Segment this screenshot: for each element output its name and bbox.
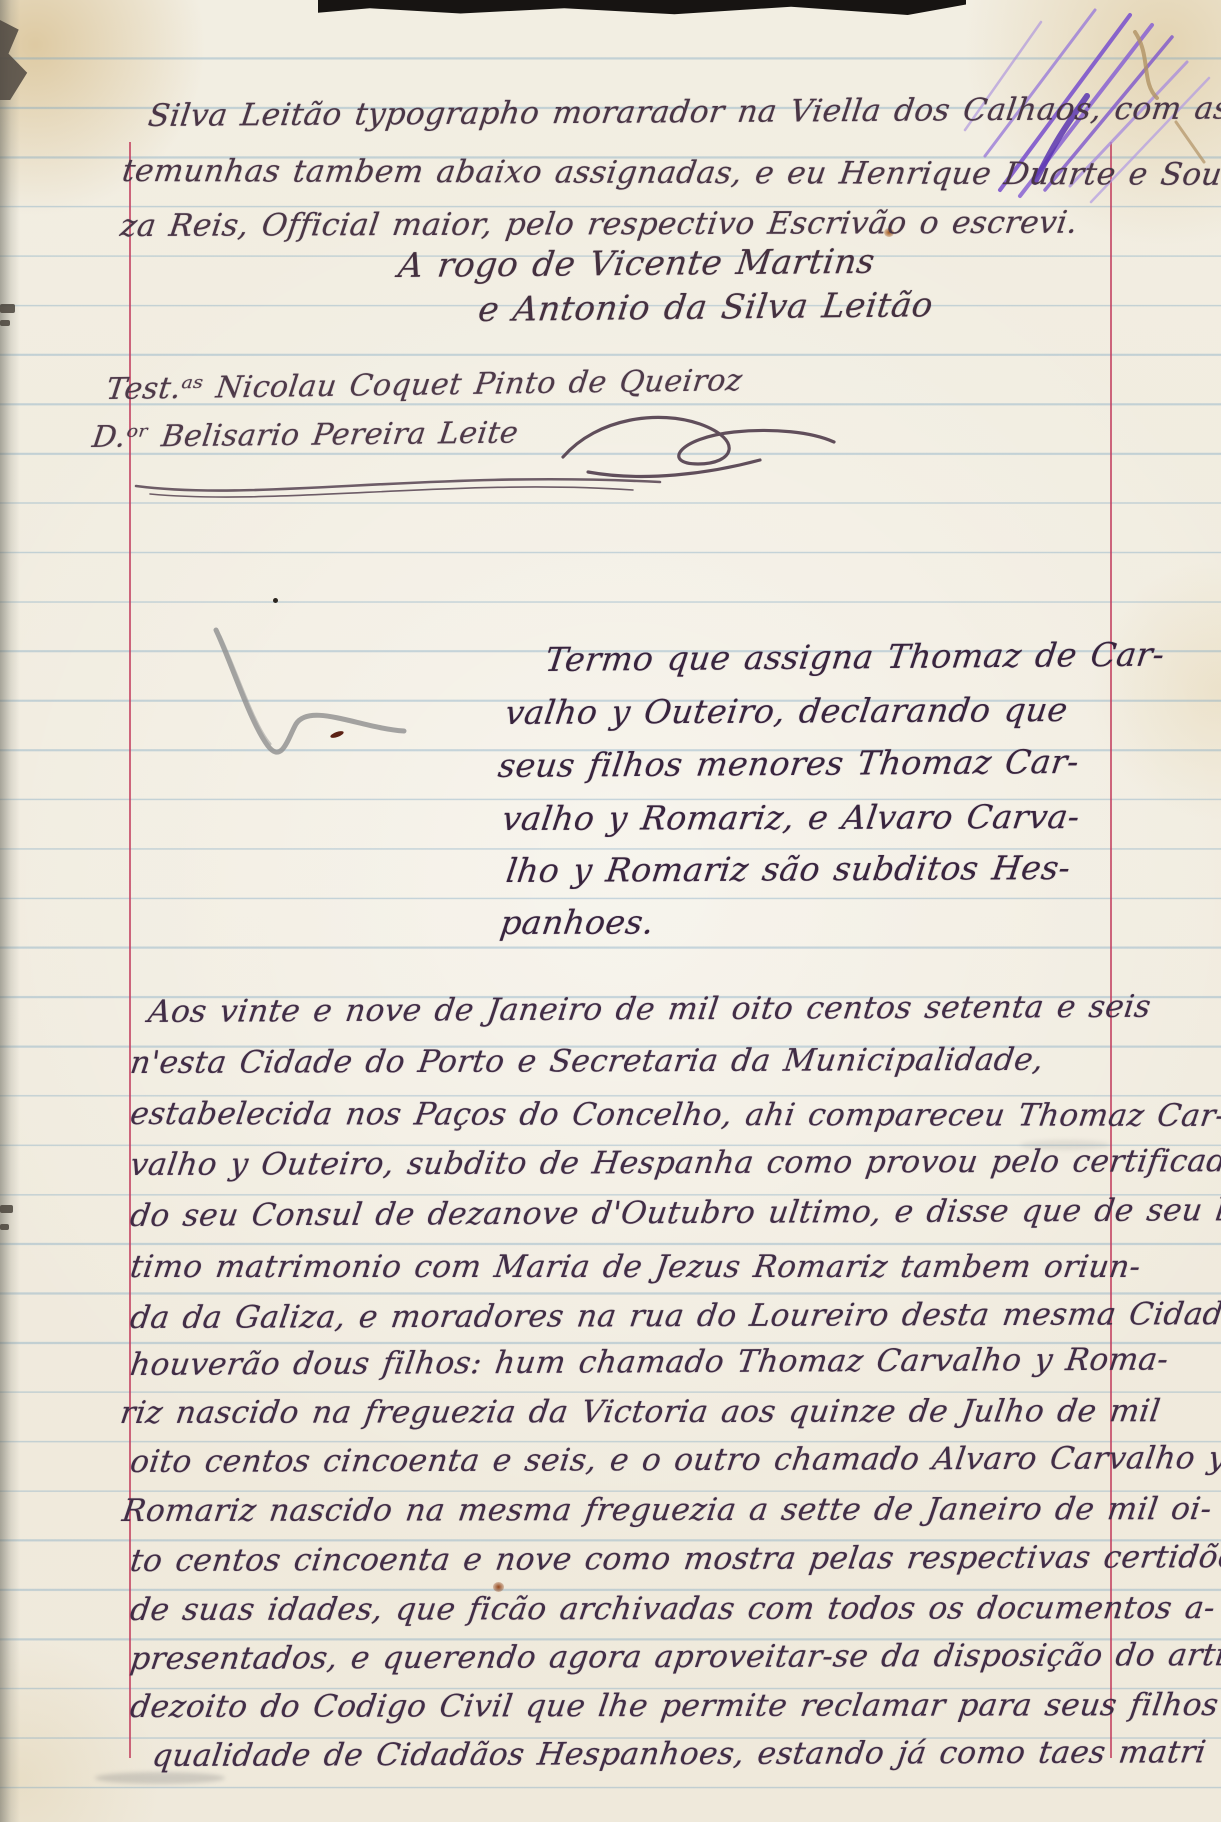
margin-note-line: Termo que assigna Thomaz de Car-	[543, 635, 1167, 679]
margin-note-line: valho y Romariz, e Alvaro Carva-	[500, 797, 1082, 838]
body-line: da da Galiza, e moradores na rua do Lour…	[128, 1296, 1221, 1336]
a-rogo-line: A rogo de Vicente Martins	[396, 242, 877, 286]
witness-line-2: D.ᵒʳ Belisario Pereira Leite	[90, 416, 520, 455]
body-line: oito centos cincoenta e seis, e o outro …	[128, 1440, 1221, 1480]
body-line: to centos cincoenta e nove como mostra p…	[128, 1539, 1221, 1579]
closing-line: temunhas tambem abaixo assignadas, e eu …	[120, 153, 1221, 193]
body-line: estabelecida nos Paços do Concelho, ahi …	[128, 1096, 1221, 1134]
body-line: qualidade de Cidadãos Hespanhoes, estand…	[150, 1734, 1208, 1774]
signature-underline-flourish	[128, 462, 673, 508]
body-line: timo matrimonio com Maria de Jezus Romar…	[128, 1249, 1143, 1285]
torn-edge-left	[0, 0, 20, 1822]
closing-line: za Reis, Official maior, pelo respectivo…	[118, 205, 1080, 244]
stitch-mark	[0, 304, 15, 313]
paper-speck	[273, 598, 278, 603]
manuscript-page: Silva Leitão typographo morarador na Vie…	[0, 0, 1221, 1822]
body-line: presentados, e querendo agora aproveitar…	[128, 1637, 1221, 1677]
pencil-check-mark	[192, 618, 422, 788]
body-line: Aos vinte e nove de Janeiro de mil oito …	[146, 989, 1153, 1030]
stitch-mark	[0, 1224, 9, 1230]
body-line: Romariz nascido na mesma freguezia a set…	[120, 1491, 1214, 1529]
stitch-mark	[0, 1205, 13, 1213]
body-line: do seu Consul de dezanove d'Outubro ulti…	[128, 1192, 1221, 1234]
closing-line: Silva Leitão typographo morarador na Vie…	[146, 90, 1221, 134]
margin-note-line: panhoes.	[498, 902, 657, 942]
margin-note-line: lho y Romariz são subditos Hes-	[504, 848, 1073, 890]
body-line: n'esta Cidade do Porto e Secretaria da M…	[128, 1042, 1046, 1081]
stitch-mark	[0, 320, 10, 326]
body-line: houverão dous filhos: hum chamado Thomaz…	[128, 1342, 1171, 1383]
margin-note-line: seus filhos menores Thomaz Car-	[496, 742, 1082, 785]
body-line: riz nascido na freguezia da Victoria aos…	[118, 1393, 1163, 1431]
body-line: dezoito do Codigo Civil que lhe permite …	[128, 1687, 1221, 1725]
margin-note-line: valho y Outeiro, declarando que	[503, 690, 1070, 732]
body-line: valho y Outeiro, subdito de Hespanha com…	[128, 1143, 1221, 1183]
body-line: de suas idades, que ficão archivadas com…	[128, 1590, 1218, 1628]
antonio-line: e Antonio da Silva Leitão	[476, 285, 936, 330]
